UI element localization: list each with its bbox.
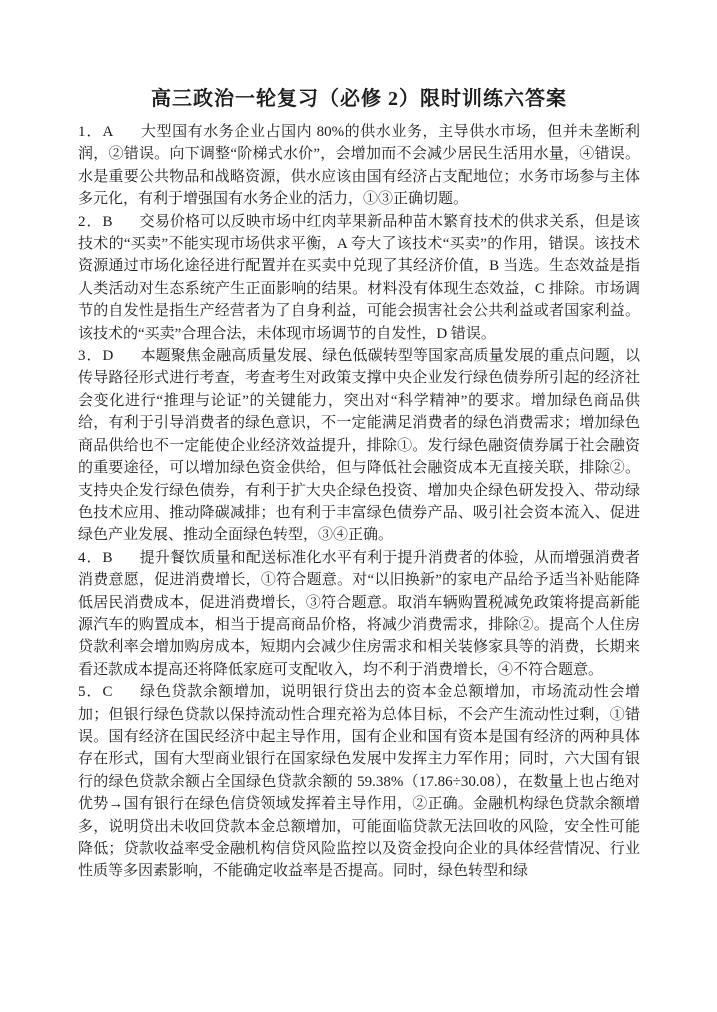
answer-text-5: 绿色贷款余额增加，说明银行贷出去的资本金总额增加，市场流动性会增加；但银行绿色贷… (78, 684, 640, 879)
answer-text-1: 大型国有水务企业占国内 80%的供水业务，主导供水市场，但并未垄断利润，②错误。… (78, 124, 640, 207)
answer-text-3: 本题聚焦金融高质量发展、绿色低碳转型等国家高质量发展的重点问题，以传导路径形式进… (78, 348, 640, 543)
answer-label-3: 3．D (78, 345, 114, 367)
answer-label-4: 4．B (78, 547, 114, 569)
page-title: 高三政治一轮复习（必修 2）限时训练六答案 (78, 86, 640, 112)
answer-list: 1．A大型国有水务企业占国内 80%的供水业务，主导供水市场，但并未垄断利润，②… (78, 121, 640, 883)
answer-paragraph-1: 1．A大型国有水务企业占国内 80%的供水业务，主导供水市场，但并未垄断利润，②… (78, 121, 640, 211)
answer-paragraph-4: 4．B提升餐饮质量和配送标准化水平有利于提升消费者的体验，从而增强消费者消费意愿… (78, 547, 640, 681)
answer-label-1: 1．A (78, 121, 114, 143)
answer-text-2: 交易价格可以反映市场中红肉苹果新品种苗木繁育技术的供求关系，但是该技术的“买卖”… (78, 214, 640, 342)
document-page: 高三政治一轮复习（必修 2）限时训练六答案 1．A大型国有水务企业占国内 80%… (0, 0, 717, 1012)
answer-paragraph-5: 5．C绿色贷款余额增加，说明银行贷出去的资本金总额增加，市场流动性会增加；但银行… (78, 681, 640, 883)
answer-label-5: 5．C (78, 681, 114, 703)
answer-label-2: 2．B (78, 211, 114, 233)
answer-text-4: 提升餐饮质量和配送标准化水平有利于提升消费者的体验，从而增强消费者消费意愿，促进… (78, 550, 640, 678)
answer-paragraph-3: 3．D本题聚焦金融高质量发展、绿色低碳转型等国家高质量发展的重点问题，以传导路径… (78, 345, 640, 547)
answer-paragraph-2: 2．B交易价格可以反映市场中红肉苹果新品种苗木繁育技术的供求关系，但是该技术的“… (78, 211, 640, 345)
